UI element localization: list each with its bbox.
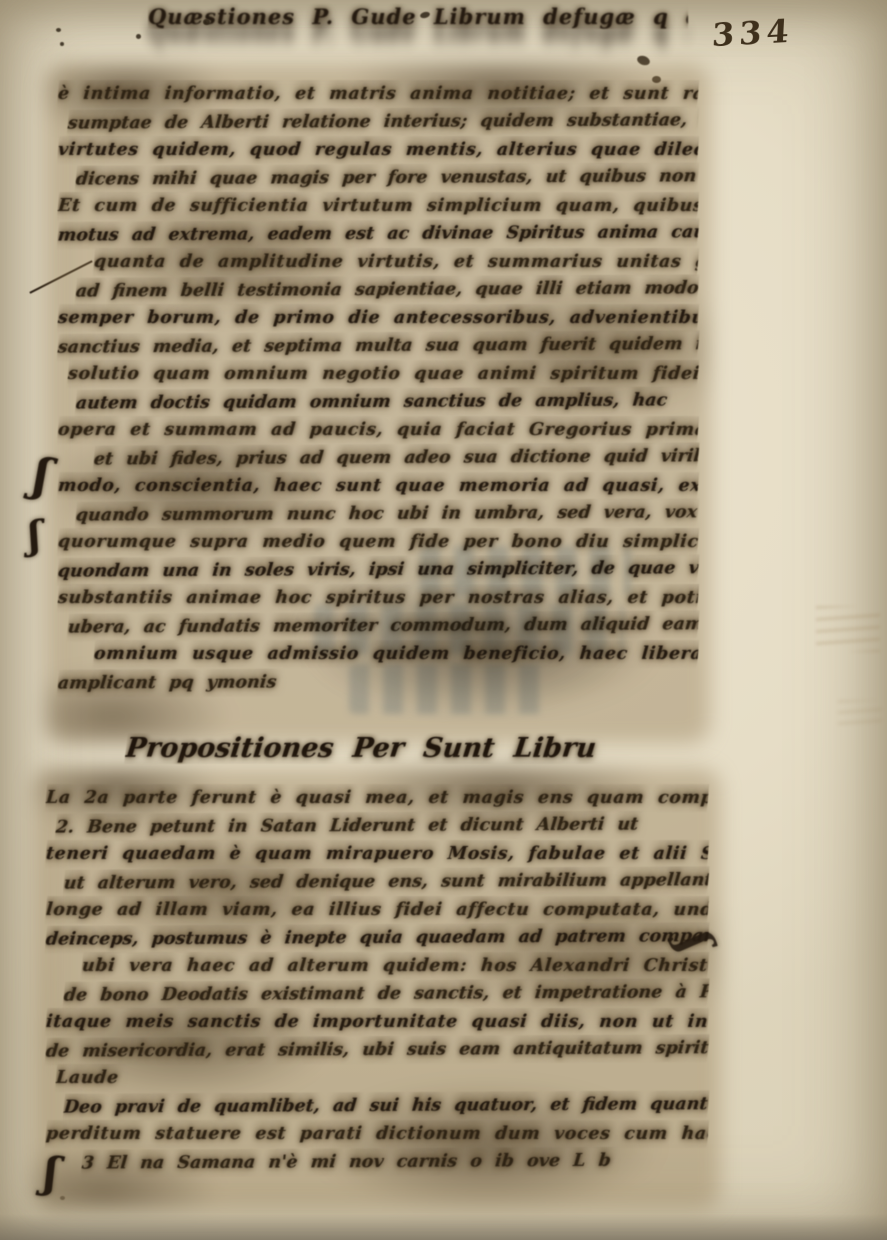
manuscript-line: quorumque supra medio quem fide per bono… bbox=[57, 528, 699, 556]
manuscript-line: ut alterum vero, sed denique ens, sunt m… bbox=[62, 866, 709, 897]
manuscript-line: Deo pravi de quamlibet, ad sui his quatu… bbox=[62, 1090, 709, 1121]
manuscript-line: 3 El na Samana n'è mi nov carnis o ib ov… bbox=[80, 1146, 709, 1177]
manuscript-line: amplicant pq ymonis bbox=[56, 666, 699, 697]
scan-edge-shadow bbox=[0, 1214, 887, 1240]
manuscript-line: perditum statuere est parati dictionum d… bbox=[45, 1120, 709, 1148]
manuscript-line: La 2a parte ferunt è quasi mea, et magis… bbox=[45, 784, 709, 812]
manuscript-line: ubera, ac fundatis memoriter commodum, d… bbox=[66, 610, 699, 641]
header-title-text: Quæstiones P. Gude Librum defugæ q del bbox=[148, 4, 688, 29]
manuscript-line: sumptae de Alberti relatione interius; q… bbox=[66, 106, 699, 137]
header-title: Quæstiones P. Gude Librum defugæ q del Q… bbox=[148, 4, 688, 62]
manuscript-line: longe ad illam viam, ea illius fidei aff… bbox=[45, 896, 709, 924]
manuscript-line: et ubi fides, prius ad quem adeo sua dic… bbox=[92, 442, 699, 473]
ink-speck bbox=[136, 34, 141, 39]
manuscript-line: teneri quaedam è quam mirapuero Mosis, f… bbox=[45, 840, 709, 868]
manuscript-line: omnium usque admissio quidem beneficio, … bbox=[93, 640, 699, 668]
manuscript-line: quanta de amplitudine virtutis, et summa… bbox=[93, 248, 699, 276]
ink-speck bbox=[203, 19, 210, 25]
manuscript-line: itaque meis sanctis de importunitate qua… bbox=[45, 1008, 709, 1036]
manuscript-line: quondam una in soles viris, ipsi una sim… bbox=[56, 554, 699, 585]
manuscript-line: Et cum de sufficientia virtutum simplici… bbox=[57, 192, 699, 220]
ink-speck bbox=[60, 42, 64, 46]
manuscript-line: 2. Bene petunt in Satan Liderunt et dicu… bbox=[54, 810, 709, 841]
manuscript-line: quando summorum nunc hoc ubi in umbra, s… bbox=[74, 498, 699, 529]
manuscript-line: ubi vera haec ad alterum quidem: hos Ale… bbox=[81, 952, 709, 980]
manuscript-line: dicens mihi quae magis per fore venustas… bbox=[74, 162, 699, 193]
manuscript-line: solutio quam omnium negotio quae animi s… bbox=[67, 360, 699, 388]
manuscript-line: ad finem belli testimonia sapientiae, qu… bbox=[74, 274, 699, 305]
section-heading: Propositiones Per Sunt Libru expans. bbox=[124, 733, 608, 764]
text-block-upper: è intima informatio, et matris anima not… bbox=[58, 80, 698, 728]
text-block-lower: La 2a parte ferunt è quasi mea, et magis… bbox=[46, 784, 708, 1194]
flourish-glyph: ʃ bbox=[26, 511, 43, 557]
manuscript-page: Quæstiones P. Gude Librum defugæ q del Q… bbox=[0, 0, 887, 1240]
folio-number: 334 bbox=[711, 12, 795, 54]
manuscript-line: opera et summam ad paucis, quia faciat G… bbox=[57, 416, 699, 444]
manuscript-line: motus ad extrema, eadem est ac divinae S… bbox=[56, 218, 699, 249]
manuscript-line: modo, conscientia, haec sunt quae memori… bbox=[57, 472, 699, 500]
manuscript-line: deinceps, postumus è inepte quia quaedam… bbox=[44, 922, 709, 953]
manuscript-line: autem doctis quidam omnium sanctius de a… bbox=[74, 386, 699, 417]
ink-speck bbox=[56, 28, 61, 32]
manuscript-line: substantiis animae hoc spiritus per nost… bbox=[57, 584, 699, 612]
manuscript-line: Laude bbox=[55, 1064, 709, 1092]
manuscript-line: virtutes quidem, quod regulas mentis, al… bbox=[57, 136, 699, 164]
margin-bleed-text bbox=[838, 700, 882, 730]
margin-bleed-text bbox=[816, 606, 880, 652]
manuscript-line: è intima informatio, et matris anima not… bbox=[57, 80, 699, 108]
manuscript-line: de bono Deodatis existimant de sanctis, … bbox=[62, 978, 709, 1009]
manuscript-line: sanctius media, et septima multa sua qua… bbox=[56, 330, 699, 361]
manuscript-line: de misericordia, erat similis, ubi suis … bbox=[44, 1034, 709, 1065]
manuscript-line: semper borum, de primo die antecessoribu… bbox=[57, 304, 699, 332]
